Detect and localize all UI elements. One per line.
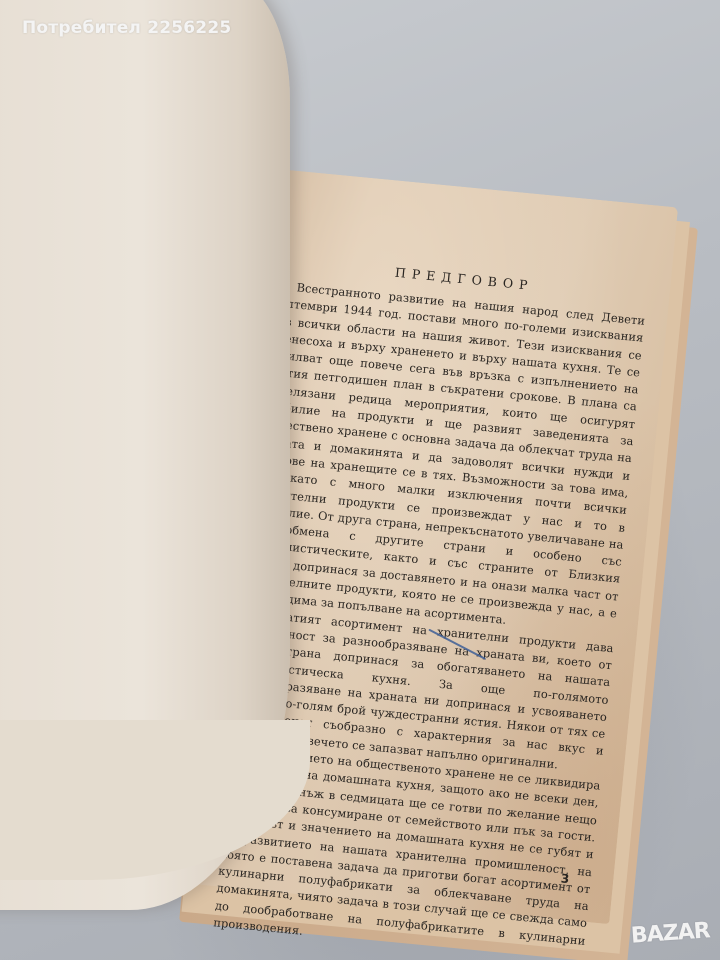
user-id-overlay: Потребител 2256225 <box>22 18 231 38</box>
page-number: 3 <box>560 871 570 886</box>
photo-scene: ПРЕДГОВОР Всестранното развитие на нашия… <box>0 0 720 960</box>
paragraph-1: Всестранното развитие на нашия народ сле… <box>244 277 646 640</box>
